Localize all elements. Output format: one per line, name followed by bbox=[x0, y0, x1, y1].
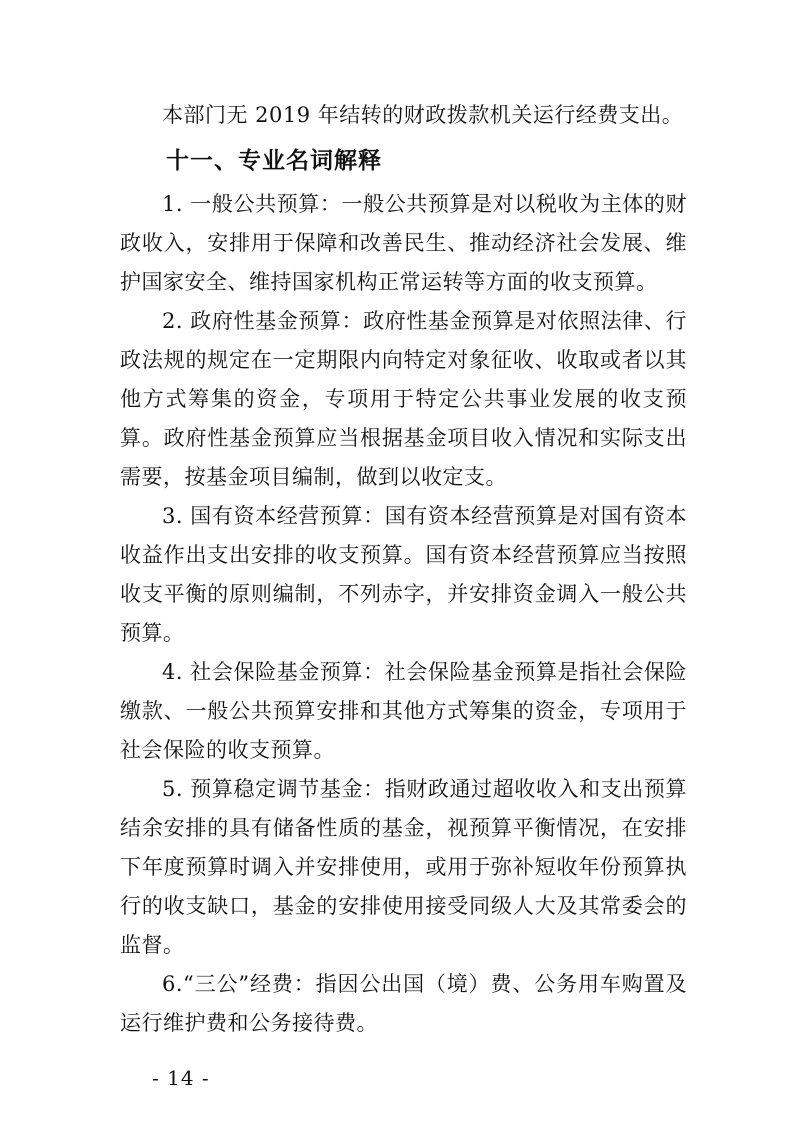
intro-paragraph: 本部门无 2019 年结转的财政拨款机关运行经费支出。 bbox=[120, 96, 687, 135]
term-definition-5: 5. 预算稳定调节基金：指财政通过超收收入和支出预算结余安排的具有储备性质的基金… bbox=[120, 770, 687, 965]
page-number: - 14 - bbox=[120, 1065, 687, 1091]
term-definition-3: 3. 国有资本经营预算：国有资本经营预算是对国有资本收益作出支出安排的收支预算。… bbox=[120, 497, 687, 653]
term-definition-6: 6.“三公”经费：指因公出国（境）费、公务用车购置及运行维护费和公务接待费。 bbox=[120, 965, 687, 1043]
section-heading: 十一、专业名词解释 bbox=[120, 146, 687, 176]
term-definition-2: 2. 政府性基金预算：政府性基金预算是对依照法律、行政法规的规定在一定期限内向特… bbox=[120, 302, 687, 497]
term-definition-4: 4. 社会保险基金预算：社会保险基金预算是指社会保险缴款、一般公共预算安排和其他… bbox=[120, 653, 687, 770]
document-page: 本部门无 2019 年结转的财政拨款机关运行经费支出。 十一、专业名词解释 1.… bbox=[0, 0, 793, 1122]
term-definition-1: 1. 一般公共预算：一般公共预算是对以税收为主体的财政收入，安排用于保障和改善民… bbox=[120, 185, 687, 302]
